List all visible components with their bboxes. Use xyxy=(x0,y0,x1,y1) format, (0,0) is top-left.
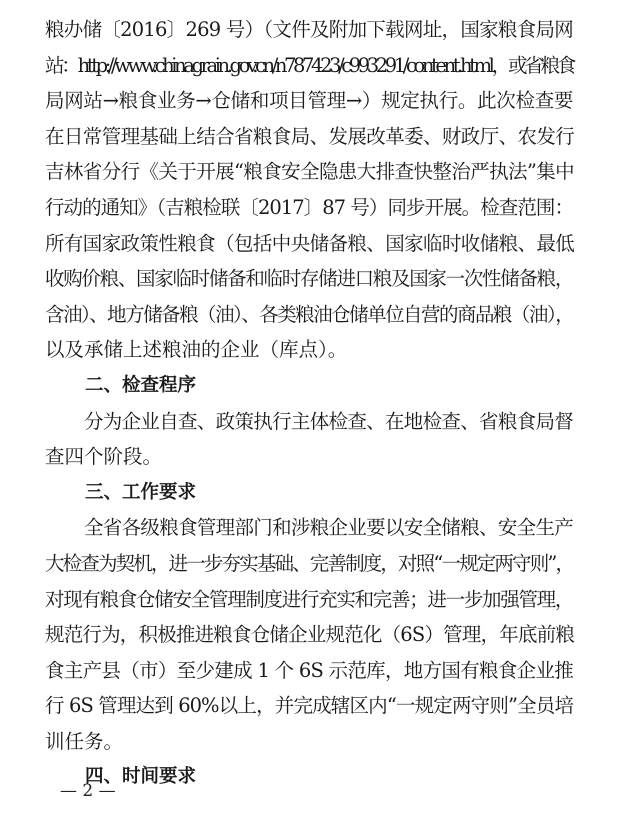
text-line: 在日常管理基础上结合省粮食局、发展改革委、财政厅、农发行 xyxy=(45,119,573,155)
text-line: 分为企业自查、政策执行主体检查、在地检查、省粮食局督 xyxy=(45,404,573,440)
text-line: 全省各级粮食管理部门和涉粮企业要以安全储粮、安全生产 xyxy=(45,510,573,546)
text-line: 查四个阶段。 xyxy=(45,439,573,475)
text-line: 大检查为契机，进一步夯实基础、完善制度，对照“一规定两守则”， xyxy=(45,546,573,582)
document-page: 粮办储〔2016〕269 号）（文件及附加下载网址，国家粮食局网 站：http:… xyxy=(45,12,573,795)
section-inspection-procedure: 二、检查程序 分为企业自查、政策执行主体检查、在地检查、省粮食局督 查四个阶段。 xyxy=(45,368,573,475)
page-number: — 2 — xyxy=(60,781,116,801)
text-line: 对现有粮食仓储安全管理制度进行充实和完善；进一步加强管理， xyxy=(45,582,573,618)
text-line: 吉林省分行《关于开展“粮食安全隐患大排查快整治严执法”集中 xyxy=(45,154,573,190)
section-heading: 二、检查程序 xyxy=(45,368,573,404)
text-line: 以及承储上述粮油的企业（库点）。 xyxy=(45,332,573,368)
text-line: 训任务。 xyxy=(45,724,573,760)
section-time-requirements: 四、时间要求 xyxy=(45,759,573,795)
text-line-url: 站：http://www.chinagrain.gov.cn/n787423/c… xyxy=(45,48,573,84)
text-line: 行动的通知》（吉粮检联〔2017〕87 号）同步开展。检查范围： xyxy=(45,190,573,226)
text-line: 行 6S 管理达到 60%以上，并完成辖区内“一规定两守则”全员培 xyxy=(45,688,573,724)
text-line: 粮办储〔2016〕269 号）（文件及附加下载网址，国家粮食局网 xyxy=(45,12,573,48)
text-line: 含油）、地方储备粮（油）、各类粮油仓储单位自营的商品粮（油）， xyxy=(45,297,573,333)
section-heading: 四、时间要求 xyxy=(45,759,573,795)
section-work-requirements: 三、工作要求 全省各级粮食管理部门和涉粮企业要以安全储粮、安全生产 大检查为契机… xyxy=(45,475,573,760)
text-line: 局网站→粮食业务→仓储和项目管理→）规定执行。此次检查要 xyxy=(45,83,573,119)
text-line: 规范行为，积极推进粮食仓储企业规范化（6S）管理，年底前粮 xyxy=(45,617,573,653)
section-scope-paragraph: 粮办储〔2016〕269 号）（文件及附加下载网址，国家粮食局网 站：http:… xyxy=(45,12,573,368)
text-line: 食主产县（市）至少建成 1 个 6S 示范库，地方国有粮食企业推 xyxy=(45,653,573,689)
text-line: 所有国家政策性粮食（包括中央储备粮、国家临时收储粮、最低 xyxy=(45,226,573,262)
text-line: 收购价粮、国家临时储备和临时存储进口粮及国家一次性储备粮， xyxy=(45,261,573,297)
section-heading: 三、工作要求 xyxy=(45,475,573,511)
